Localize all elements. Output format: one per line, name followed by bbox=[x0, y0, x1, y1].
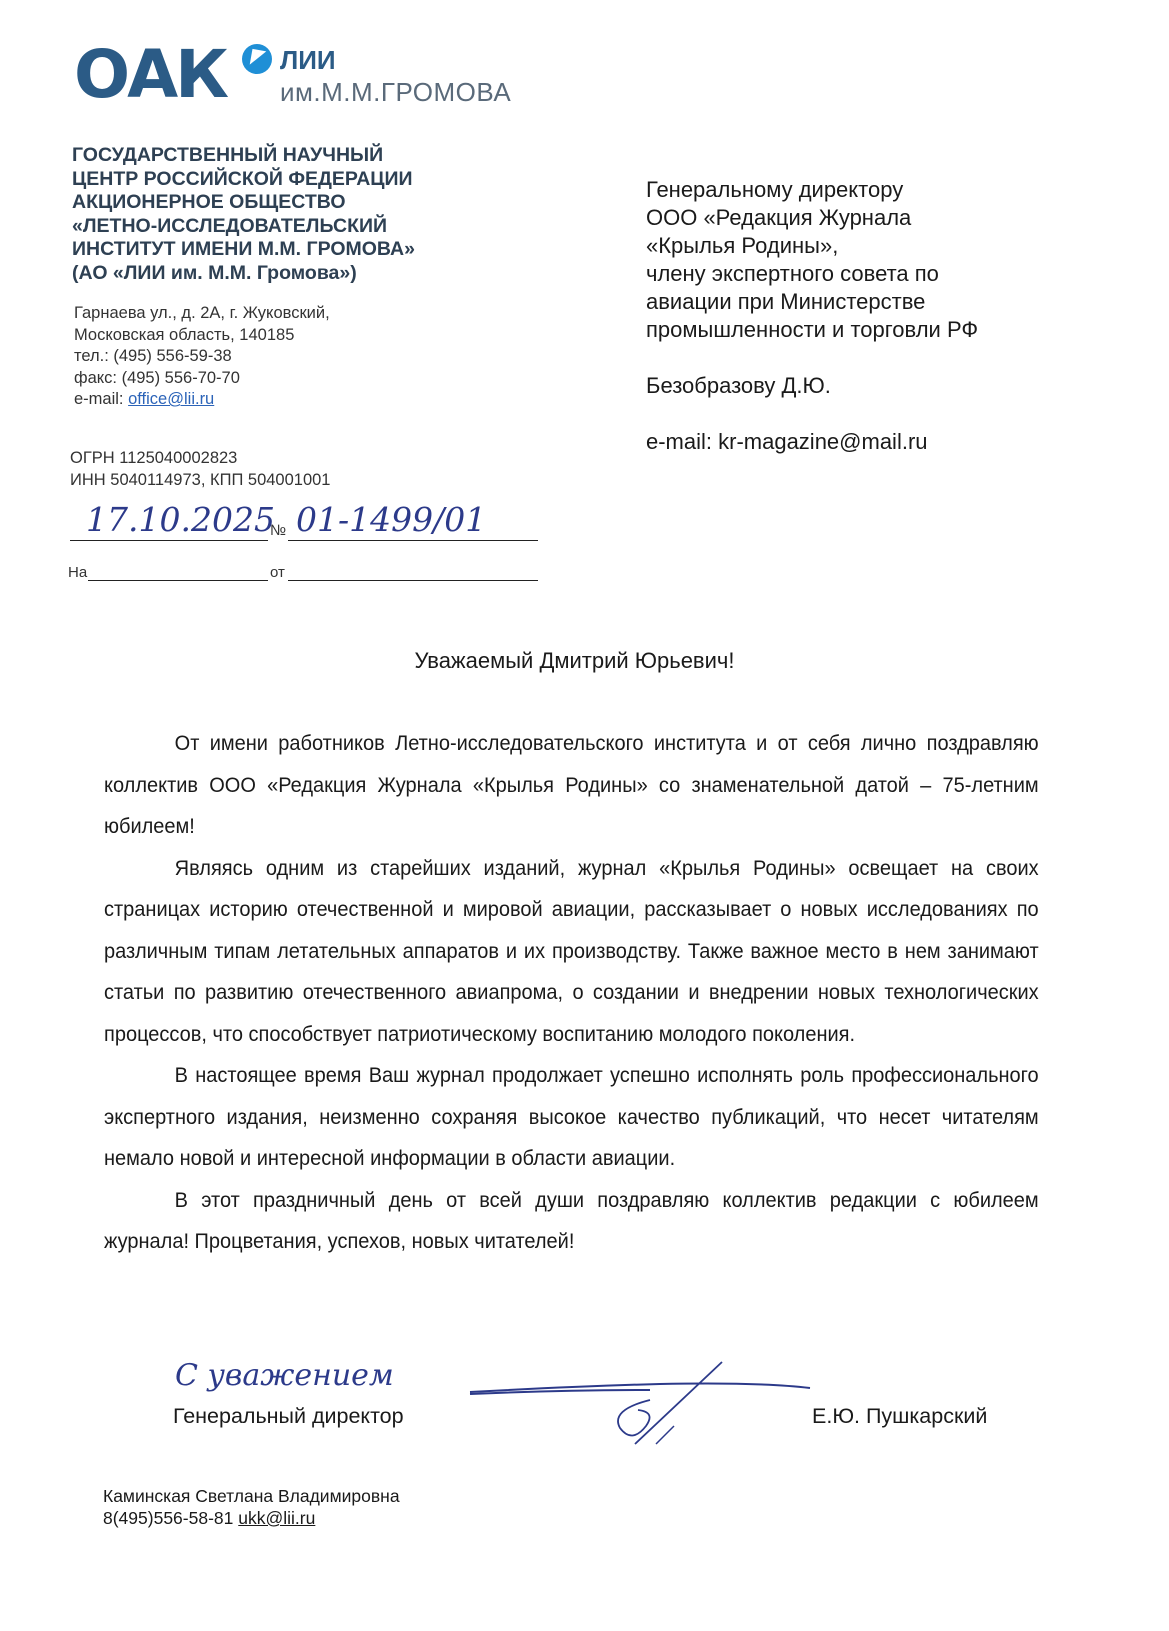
recipient-line: ООО «Редакция Журнала bbox=[646, 204, 978, 232]
phone: тел.: (495) 556-59-38 bbox=[74, 346, 330, 368]
performer-contact: Каминская Светлана Владимировна 8(495)55… bbox=[103, 1485, 400, 1529]
body-paragraph: От имени работников Летно-исследовательс… bbox=[104, 723, 1039, 848]
performer-name: Каминская Светлана Владимировна bbox=[103, 1485, 400, 1507]
email-label: e-mail: bbox=[74, 390, 128, 408]
handwritten-date: 17.10.2025 bbox=[86, 502, 275, 538]
recipient-line: «Крылья Родины», bbox=[646, 232, 978, 260]
number-sign: № bbox=[270, 522, 286, 539]
org-line: ГОСУДАРСТВЕННЫЙ НАУЧНЫЙ bbox=[72, 144, 415, 168]
recipient-line: члену экспертного совета по bbox=[646, 260, 978, 288]
logo-org-short: ЛИИ bbox=[280, 46, 336, 74]
date-underline bbox=[70, 540, 268, 541]
inn-kpp: ИНН 5040114973, КПП 504001001 bbox=[70, 470, 331, 492]
org-line: ЦЕНТР РОССИЙСКОЙ ФЕДЕРАЦИИ bbox=[72, 168, 415, 192]
recipient-line: Генеральному директору bbox=[646, 176, 978, 204]
recipient-line: промышленности и торговли РФ bbox=[646, 316, 978, 344]
sender-contacts: Гарнаева ул., д. 2А, г. Жуковский, Моско… bbox=[74, 303, 330, 411]
sender-email-link[interactable]: office@lii.ru bbox=[128, 390, 214, 408]
org-line: (АО «ЛИИ им. М.М. Громова») bbox=[72, 262, 415, 286]
registration-codes: ОГРН 1125040002823 ИНН 5040114973, КПП 5… bbox=[70, 448, 331, 491]
logo-emblem-icon bbox=[242, 44, 272, 74]
company-logo: ОАК ЛИИ им.М.М.ГРОМОВА bbox=[74, 42, 534, 112]
org-line: АКЦИОНЕРНОЕ ОБЩЕСТВО bbox=[72, 191, 415, 215]
recipient-line: авиации при Министерстве bbox=[646, 288, 978, 316]
handwritten-number: 01-1499/01 bbox=[296, 502, 486, 538]
outgoing-registration: 17.10.2025 № 01-1499/01 bbox=[70, 500, 538, 546]
signatory-title: Генеральный директор bbox=[173, 1404, 404, 1429]
org-line: ИНСТИТУТ ИМЕНИ М.М. ГРОМОВА» bbox=[72, 238, 415, 262]
recipient-block: Генеральному директору ООО «Редакция Жур… bbox=[646, 176, 978, 456]
salutation: Уважаемый Дмитрий Юрьевич! bbox=[0, 648, 1169, 674]
performer-phone: 8(495)556-58-81 bbox=[103, 1508, 233, 1528]
org-line: «ЛЕТНО-ИССЛЕДОВАТЕЛЬСКИЙ bbox=[72, 215, 415, 239]
reply-to-line bbox=[88, 580, 268, 581]
email-row: e-mail: office@lii.ru bbox=[74, 389, 330, 411]
reply-to-label: На bbox=[68, 564, 87, 581]
logo-org-name: им.М.М.ГРОМОВА bbox=[280, 78, 511, 106]
number-underline bbox=[288, 540, 538, 541]
performer-contact-row: 8(495)556-58-81 ukk@lii.ru bbox=[103, 1507, 400, 1529]
body-paragraph: Являясь одним из старейших изданий, журн… bbox=[104, 848, 1039, 1056]
from-label: от bbox=[270, 564, 285, 581]
fax: факс: (495) 556-70-70 bbox=[74, 368, 330, 390]
recipient-email: e-mail: kr-magazine@mail.ru bbox=[646, 428, 978, 456]
logo-brand-text: ОАК bbox=[74, 42, 226, 108]
signatory-name: Е.Ю. Пушкарский bbox=[812, 1404, 987, 1429]
performer-email-link[interactable]: ukk@lii.ru bbox=[238, 1508, 315, 1528]
body-paragraph: В этот праздничный день от всей души поз… bbox=[104, 1180, 1039, 1263]
handwritten-closing: С уважением bbox=[175, 1358, 394, 1393]
signature-scribble-icon bbox=[460, 1360, 820, 1450]
letter-body: От имени работников Летно-исследовательс… bbox=[104, 723, 974, 1263]
address-line: Гарнаева ул., д. 2А, г. Жуковский, bbox=[74, 303, 330, 325]
recipient-name: Безобразову Д.Ю. bbox=[646, 372, 978, 400]
reply-to-row: На от bbox=[68, 562, 538, 584]
body-paragraph: В настоящее время Ваш журнал продолжает … bbox=[104, 1055, 1039, 1180]
address-line: Московская область, 140185 bbox=[74, 325, 330, 347]
sender-organization: ГОСУДАРСТВЕННЫЙ НАУЧНЫЙ ЦЕНТР РОССИЙСКОЙ… bbox=[72, 144, 415, 285]
from-line bbox=[288, 580, 538, 581]
ogrn: ОГРН 1125040002823 bbox=[70, 448, 331, 470]
